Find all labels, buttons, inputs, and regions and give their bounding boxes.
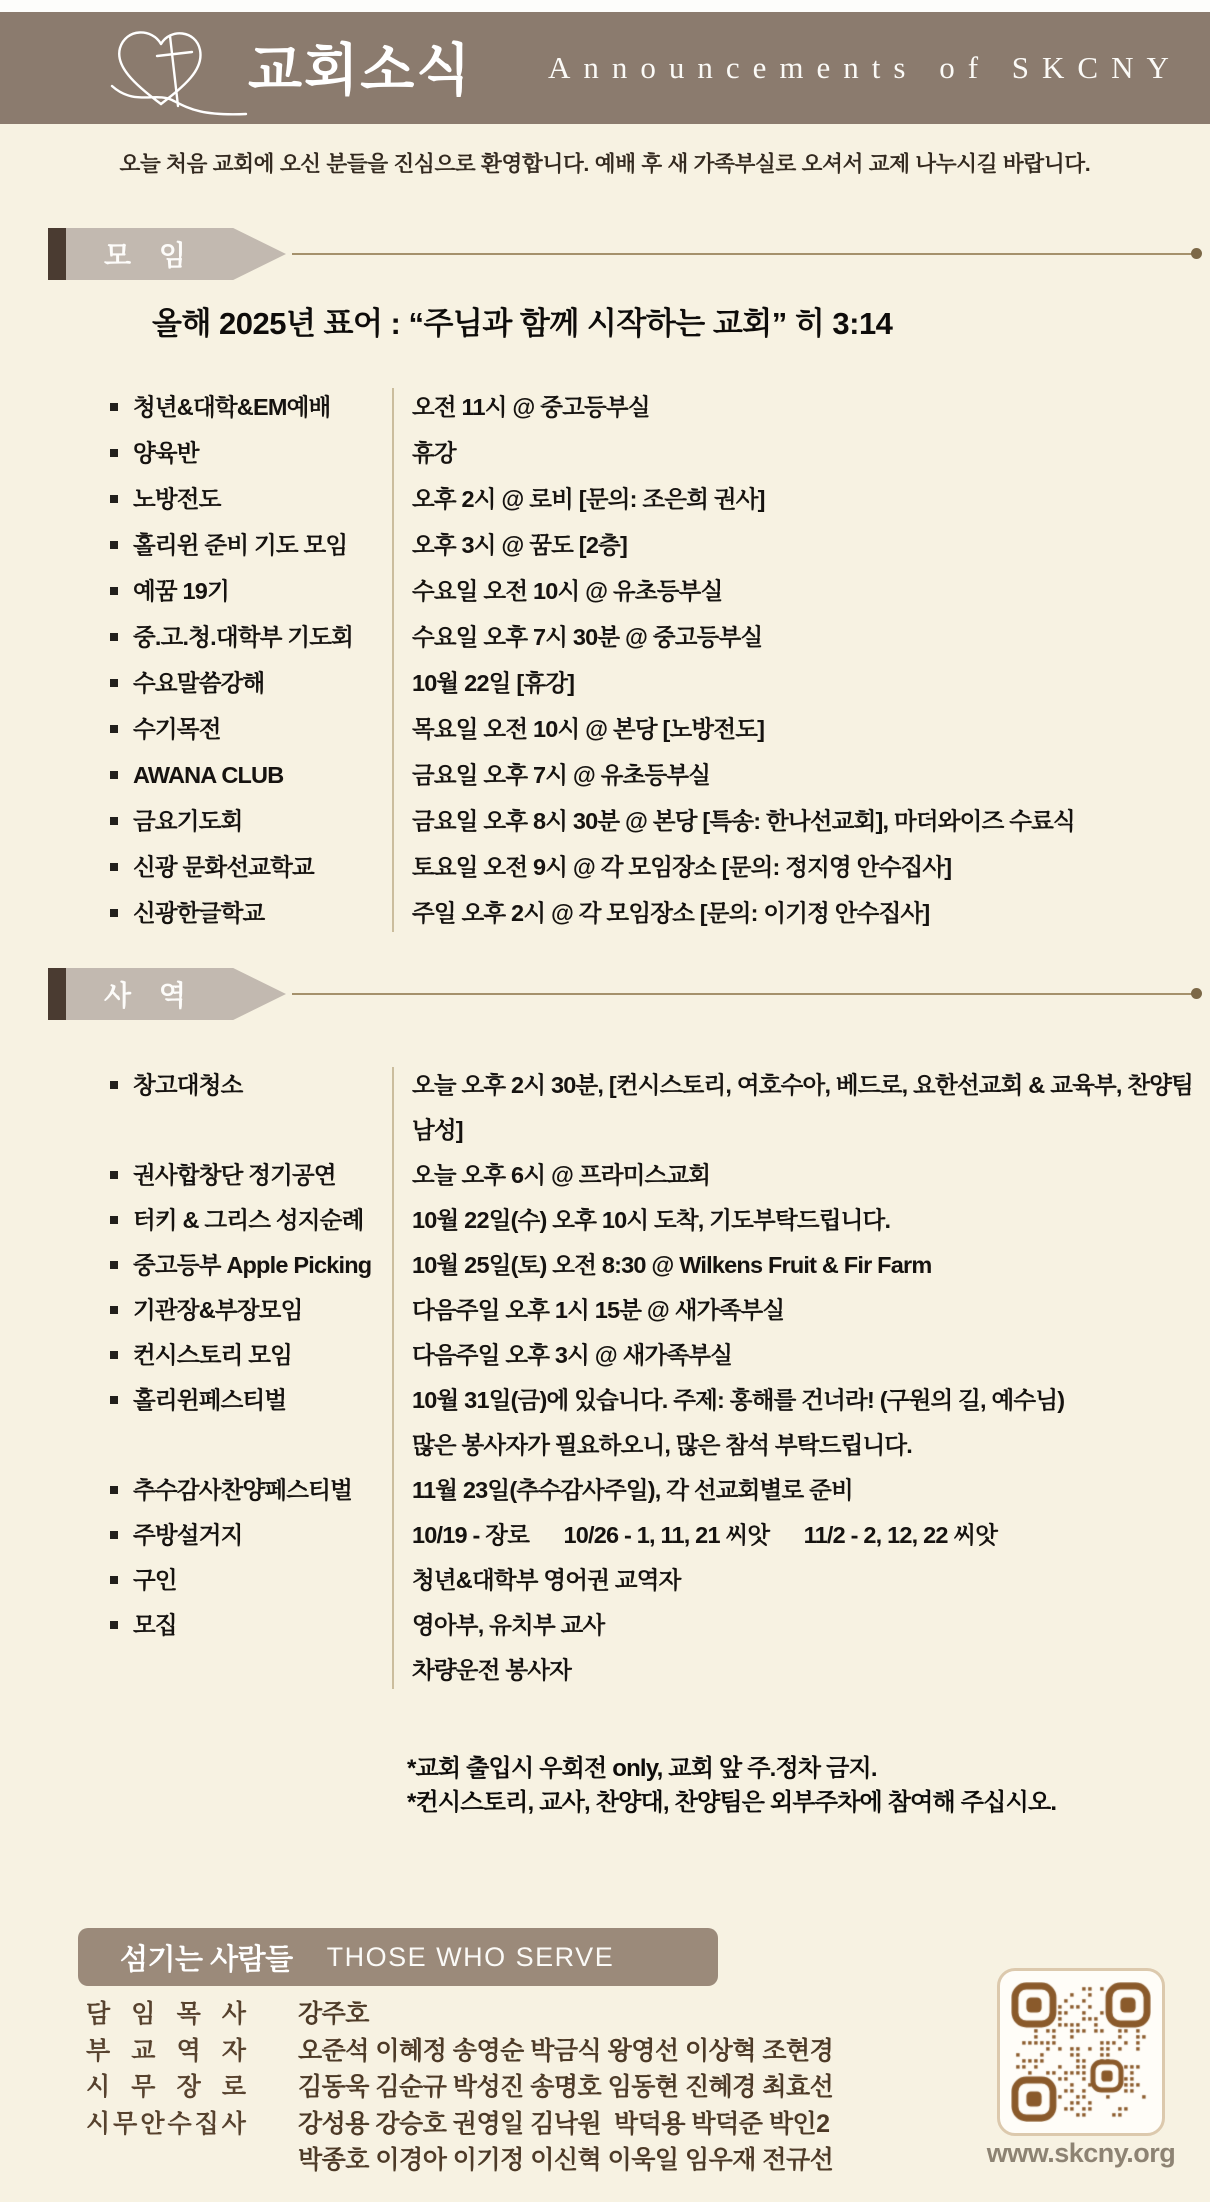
staff-row: 부교역자 오준석 이혜정 송영순 박금식 왕영선 이상혁 조현경 (86, 2033, 986, 2070)
note-line: *교회 출입시 우회전 only, 교회 앞 주.정차 금지. (407, 1752, 1056, 1786)
bullet-icon (110, 449, 118, 457)
bullet-icon (110, 771, 118, 779)
item-label: AWANA CLUB (100, 752, 392, 798)
item-detail-line: 11월 23일(추수감사주일), 각 선교회별로 준비 (412, 1468, 1200, 1513)
item-label: 신광한글학교 (100, 890, 392, 936)
item-detail: 휴강 (392, 430, 1200, 476)
item-label: 금요기도회 (100, 798, 392, 844)
item-label: 모집 (100, 1603, 392, 1693)
item-label: 컨시스토리 모임 (100, 1333, 392, 1378)
item-label: 수기목전 (100, 706, 392, 752)
item-detail-line: 다음주일 오후 1시 15분 @ 새가족부실 (412, 1288, 1200, 1333)
serve-section-banner: 섬기는 사람들 THOSE WHO SERVE (78, 1928, 718, 1986)
list-item: 기관장&부장모임 다음주일 오후 1시 15분 @ 새가족부실 (100, 1288, 1200, 1333)
section-arrow-banner: 사 역 (66, 968, 286, 1020)
item-detail: 금요일 오후 7시 @ 유초등부실 (392, 752, 1200, 798)
staff-row: 시무장로 김동욱 김순규 박성진 송명호 임동현 진혜경 최효선 (86, 2069, 986, 2106)
item-detail: 금요일 오후 8시 30분 @ 본당 [특송: 한나선교회], 마더와이즈 수료… (392, 798, 1200, 844)
list-item: 신광한글학교 주일 오후 2시 @ 각 모임장소 [문의: 이기정 안수집사] (100, 890, 1200, 936)
list-item: 노방전도 오후 2시 @ 로비 [문의: 조은희 권사] (100, 476, 1200, 522)
item-label: 권사합창단 정기공연 (100, 1153, 392, 1198)
bullet-icon (110, 1171, 118, 1179)
bullet-icon (110, 1621, 118, 1629)
list-item: 컨시스토리 모임 다음주일 오후 3시 @ 새가족부실 (100, 1333, 1200, 1378)
item-detail: 수요일 오후 7시 30분 @ 중고등부실 (392, 614, 1200, 660)
staff-row: 담임목사 강주호 (86, 1996, 986, 2033)
ministry-list: 창고대청소 오늘 오후 2시 30분, [컨시스토리, 여호수아, 베드로, 요… (100, 1063, 1200, 1693)
column-divider (392, 388, 394, 932)
staff-names-line: 오준석 이혜정 송영순 박금식 왕영선 이상혁 조현경 (298, 2033, 986, 2070)
item-detail-line: 오늘 오후 2시 30분, [컨시스토리, 여호수아, 베드로, 요한선교회 &… (412, 1063, 1200, 1153)
staff-names-line: 박종호 이경아 이기정 이신혁 이욱일 임우재 전규선 (298, 2142, 986, 2179)
item-label: 중.고.청.대학부 기도회 (100, 614, 392, 660)
list-item: 터키 & 그리스 성지순례 10월 22일(수) 오후 10시 도착, 기도부탁… (100, 1198, 1200, 1243)
item-label: 노방전도 (100, 476, 392, 522)
bullet-icon (110, 495, 118, 503)
list-item: 주방설거지 10/19 - 장로 10/26 - 1, 11, 21 씨앗 11… (100, 1513, 1200, 1558)
item-detail-line: 10월 31일(금)에 있습니다. 주제: 홍해를 건너라! (구원의 길, 예… (412, 1378, 1200, 1423)
item-label: 홀리윈 준비 기도 모임 (100, 522, 392, 568)
list-item: 권사합창단 정기공연 오늘 오후 6시 @ 프라미스교회 (100, 1153, 1200, 1198)
bullet-icon (110, 1216, 118, 1224)
note-line: *컨시스토리, 교사, 찬양대, 찬양팀은 외부주차에 참여해 주십시오. (407, 1786, 1056, 1820)
bullet-icon (110, 633, 118, 641)
item-detail: 11월 23일(추수감사주일), 각 선교회별로 준비 (392, 1468, 1200, 1513)
bullet-icon (110, 1081, 118, 1089)
item-detail: 영아부, 유치부 교사차량운전 봉사자 (392, 1603, 1200, 1693)
staff-names: 강주호 (272, 1996, 986, 2033)
welcome-message: 오늘 처음 교회에 오신 분들을 진심으로 환영합니다. 예배 후 새 가족부실… (0, 147, 1210, 178)
serve-title-english: THOSE WHO SERVE (327, 1942, 615, 1973)
list-item: 신광 문화선교학교 토요일 오전 9시 @ 각 모임장소 [문의: 정지영 안수… (100, 844, 1200, 890)
bullet-icon (110, 1576, 118, 1584)
staff-role-label: 시무안수집사 (86, 2106, 246, 2179)
bullet-icon (110, 403, 118, 411)
item-detail-line: 금요일 오후 8시 30분 @ 본당 [특송: 한나선교회], 마더와이즈 수료… (412, 798, 1200, 844)
top-margin-strip (0, 0, 1210, 12)
list-item: 수기목전 목요일 오전 10시 @ 본당 [노방전도] (100, 706, 1200, 752)
item-detail-line: 토요일 오전 9시 @ 각 모임장소 [문의: 정지영 안수집사] (412, 844, 1200, 890)
staff-list: 담임목사 강주호 부교역자 오준석 이혜정 송영순 박금식 왕영선 이상혁 조현… (86, 1996, 986, 2179)
rule-end-dot (1191, 988, 1202, 999)
bullet-icon (110, 1351, 118, 1359)
item-label: 중고등부 Apple Picking (100, 1243, 392, 1288)
year-motto: 올해 2025년 표어 : “주님과 함께 시작하는 교회” 히 3:14 (152, 298, 892, 343)
bullet-icon (110, 1396, 118, 1404)
item-label: 창고대청소 (100, 1063, 392, 1153)
staff-names-line: 김동욱 김순규 박성진 송명호 임동현 진혜경 최효선 (298, 2069, 986, 2106)
section-rule-line (292, 253, 1197, 255)
bullet-icon (110, 817, 118, 825)
item-detail: 오후 3시 @ 꿈도 [2층] (392, 522, 1200, 568)
item-detail: 10월 25일(토) 오전 8:30 @ Wilkens Fruit & Fir… (392, 1243, 1200, 1288)
item-detail-line: 10/19 - 장로 10/26 - 1, 11, 21 씨앗 11/2 - 2… (412, 1513, 1200, 1558)
staff-row: 시무안수집사 강성용 강승호 권영일 김낙원 박덕용 박덕준 박인2박종호 이경… (86, 2106, 986, 2179)
list-item: 수요말씀강해 10월 22일 [휴강] (100, 660, 1200, 706)
item-detail: 10월 22일(수) 오후 10시 도착, 기도부탁드립니다. (392, 1198, 1200, 1243)
item-detail-line: 오후 2시 @ 로비 [문의: 조은희 권사] (412, 476, 1200, 522)
bullet-icon (110, 587, 118, 595)
item-label: 예꿈 19기 (100, 568, 392, 614)
item-detail: 10/19 - 장로 10/26 - 1, 11, 21 씨앗 11/2 - 2… (392, 1513, 1200, 1558)
staff-names-line: 강주호 (298, 1996, 986, 2033)
item-detail-line: 오후 3시 @ 꿈도 [2층] (412, 522, 1200, 568)
item-detail: 오후 2시 @ 로비 [문의: 조은희 권사] (392, 476, 1200, 522)
item-detail-line: 10월 22일 [휴강] (412, 660, 1200, 706)
item-detail: 오늘 오후 2시 30분, [컨시스토리, 여호수아, 베드로, 요한선교회 &… (392, 1063, 1200, 1153)
page-title: 교회소식 (248, 26, 472, 106)
parking-notes: *교회 출입시 우회전 only, 교회 앞 주.정차 금지.*컨시스토리, 교… (407, 1752, 1056, 1820)
item-detail: 10월 22일 [휴강] (392, 660, 1200, 706)
list-item: 청년&대학&EM예배 오전 11시 @ 중고등부실 (100, 384, 1200, 430)
item-label: 기관장&부장모임 (100, 1288, 392, 1333)
item-detail-line: 영아부, 유치부 교사 (412, 1603, 1200, 1648)
item-detail-line: 청년&대학부 영어권 교역자 (412, 1558, 1200, 1603)
list-item: 창고대청소 오늘 오후 2시 30분, [컨시스토리, 여호수아, 베드로, 요… (100, 1063, 1200, 1153)
item-label: 신광 문화선교학교 (100, 844, 392, 890)
item-detail-line: 오늘 오후 6시 @ 프라미스교회 (412, 1153, 1200, 1198)
item-detail: 오늘 오후 6시 @ 프라미스교회 (392, 1153, 1200, 1198)
item-detail-line: 금요일 오후 7시 @ 유초등부실 (412, 752, 1200, 798)
list-item: 구인 청년&대학부 영어권 교역자 (100, 1558, 1200, 1603)
meetings-list: 청년&대학&EM예배 오전 11시 @ 중고등부실 양육반 휴강 노방전도 오후… (100, 384, 1200, 936)
item-label: 주방설거지 (100, 1513, 392, 1558)
item-label: 추수감사찬양페스티벌 (100, 1468, 392, 1513)
section-title: 사 역 (66, 974, 196, 1014)
website-url: www.skcny.org (975, 2138, 1187, 2169)
staff-names-line: 강성용 강승호 권영일 김낙원 박덕용 박덕준 박인2 (298, 2106, 986, 2143)
item-detail: 주일 오후 2시 @ 각 모임장소 [문의: 이기정 안수집사] (392, 890, 1200, 936)
rule-end-dot (1191, 248, 1202, 259)
staff-role-label: 담임목사 (86, 1996, 246, 2033)
list-item: 홀리윈 준비 기도 모임 오후 3시 @ 꿈도 [2층] (100, 522, 1200, 568)
staff-role-label: 부교역자 (86, 2033, 246, 2070)
item-detail: 오전 11시 @ 중고등부실 (392, 384, 1200, 430)
item-detail: 목요일 오전 10시 @ 본당 [노방전도] (392, 706, 1200, 752)
item-label: 양육반 (100, 430, 392, 476)
section-rule-line (292, 993, 1197, 995)
list-item: 양육반 휴강 (100, 430, 1200, 476)
bulletin-page: 교회소식 Announcements of SKCNY 오늘 처음 교회에 오신… (0, 0, 1210, 2202)
serve-title-korean: 섬기는 사람들 (120, 1937, 293, 1978)
item-detail: 청년&대학부 영어권 교역자 (392, 1558, 1200, 1603)
staff-role-label: 시무장로 (86, 2069, 246, 2106)
qr-code-pattern (1011, 1982, 1151, 2122)
header-band: 교회소식 Announcements of SKCNY (0, 12, 1210, 124)
section-title: 모 임 (66, 234, 196, 274)
item-detail: 다음주일 오후 1시 15분 @ 새가족부실 (392, 1288, 1200, 1333)
list-item: AWANA CLUB 금요일 오후 7시 @ 유초등부실 (100, 752, 1200, 798)
bullet-icon (110, 725, 118, 733)
bullet-icon (110, 1531, 118, 1539)
bullet-icon (110, 1486, 118, 1494)
bullet-icon (110, 909, 118, 917)
item-label: 터키 & 그리스 성지순례 (100, 1198, 392, 1243)
qr-code (997, 1968, 1165, 2136)
bullet-icon (110, 863, 118, 871)
staff-names: 오준석 이혜정 송영순 박금식 왕영선 이상혁 조현경 (272, 2033, 986, 2070)
list-item: 중고등부 Apple Picking 10월 25일(토) 오전 8:30 @ … (100, 1243, 1200, 1288)
item-label: 홀리윈페스티벌 (100, 1378, 392, 1468)
item-detail: 10월 31일(금)에 있습니다. 주제: 홍해를 건너라! (구원의 길, 예… (392, 1378, 1200, 1468)
staff-names: 김동욱 김순규 박성진 송명호 임동현 진혜경 최효선 (272, 2069, 986, 2106)
list-item: 홀리윈페스티벌 10월 31일(금)에 있습니다. 주제: 홍해를 건너라! (… (100, 1378, 1200, 1468)
page-subtitle: Announcements of SKCNY (548, 50, 1182, 86)
bullet-icon (110, 679, 118, 687)
item-detail-line: 수요일 오후 7시 30분 @ 중고등부실 (412, 614, 1200, 660)
list-item: 예꿈 19기 수요일 오전 10시 @ 유초등부실 (100, 568, 1200, 614)
list-item: 금요기도회 금요일 오후 8시 30분 @ 본당 [특송: 한나선교회], 마더… (100, 798, 1200, 844)
bullet-icon (110, 541, 118, 549)
bullet-icon (110, 1261, 118, 1269)
section-arrow-banner: 모 임 (66, 228, 286, 280)
staff-names: 강성용 강승호 권영일 김낙원 박덕용 박덕준 박인2박종호 이경아 이기정 이… (272, 2106, 986, 2179)
item-detail-line: 차량운전 봉사자 (412, 1648, 1200, 1693)
item-label: 수요말씀강해 (100, 660, 392, 706)
heart-cross-icon (104, 22, 254, 122)
item-detail-line: 주일 오후 2시 @ 각 모임장소 [문의: 이기정 안수집사] (412, 890, 1200, 936)
item-label: 구인 (100, 1558, 392, 1603)
section-bar (48, 968, 66, 1020)
list-item: 중.고.청.대학부 기도회 수요일 오후 7시 30분 @ 중고등부실 (100, 614, 1200, 660)
item-detail: 수요일 오전 10시 @ 유초등부실 (392, 568, 1200, 614)
item-detail-line: 다음주일 오후 3시 @ 새가족부실 (412, 1333, 1200, 1378)
item-label: 청년&대학&EM예배 (100, 384, 392, 430)
bullet-icon (110, 1306, 118, 1314)
item-detail-line: 오전 11시 @ 중고등부실 (412, 384, 1200, 430)
section-bar (48, 228, 66, 280)
list-item: 모집 영아부, 유치부 교사차량운전 봉사자 (100, 1603, 1200, 1693)
item-detail: 다음주일 오후 3시 @ 새가족부실 (392, 1333, 1200, 1378)
column-divider (392, 1067, 394, 1689)
item-detail: 토요일 오전 9시 @ 각 모임장소 [문의: 정지영 안수집사] (392, 844, 1200, 890)
item-detail-line: 휴강 (412, 430, 1200, 476)
item-detail-line: 수요일 오전 10시 @ 유초등부실 (412, 568, 1200, 614)
item-detail-line: 목요일 오전 10시 @ 본당 [노방전도] (412, 706, 1200, 752)
item-detail-line: 10월 25일(토) 오전 8:30 @ Wilkens Fruit & Fir… (412, 1243, 1200, 1288)
list-item: 추수감사찬양페스티벌 11월 23일(추수감사주일), 각 선교회별로 준비 (100, 1468, 1200, 1513)
item-detail-line: 많은 봉사자가 필요하오니, 많은 참석 부탁드립니다. (412, 1423, 1200, 1468)
item-detail-line: 10월 22일(수) 오후 10시 도착, 기도부탁드립니다. (412, 1198, 1200, 1243)
